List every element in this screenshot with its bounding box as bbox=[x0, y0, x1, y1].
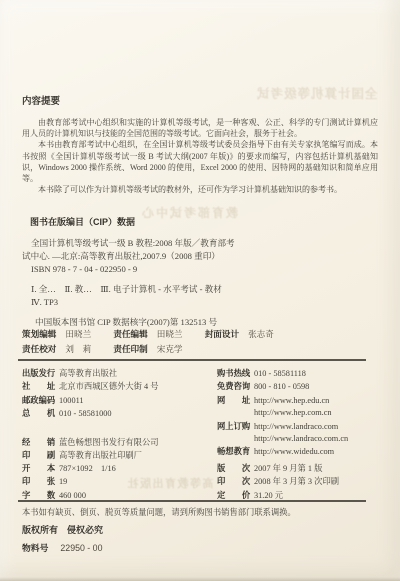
material-number-row: 物料号22950 - 00 bbox=[22, 541, 378, 554]
field-label: 印 张 bbox=[22, 475, 59, 487]
field-value: 高等教育出版社印刷厂 bbox=[59, 451, 142, 460]
field-label: 印 刷 bbox=[22, 449, 59, 461]
credits-row-2: 责任校对刘 莉 责任印制宋克学 bbox=[22, 342, 382, 357]
field-value: 800 - 810 - 0598 bbox=[254, 382, 309, 391]
summary-paragraph-2: 本书由教育部考试中心组织，在全国计算机等级考试委员会指导下由有关专家执笔编写而成… bbox=[22, 139, 378, 184]
credit-pair: 封面设计张志奇 bbox=[205, 329, 274, 339]
credit-pair: 责任校对刘 莉 bbox=[22, 344, 91, 354]
format-info-left-column: 开 本787×1092 1/16 印 张19 字 数460 000 bbox=[22, 462, 116, 502]
field-label: 出版发行 bbox=[22, 367, 59, 379]
field-value: 2008 年 3 月第 3 次印刷 bbox=[254, 477, 339, 486]
field-label: 免费咨询 bbox=[217, 380, 254, 392]
credit-pair: 责任印制宋克学 bbox=[113, 344, 182, 354]
field-value: 高等教育出版社 bbox=[59, 369, 117, 378]
publisher-url: http://www.widedu.com bbox=[254, 447, 334, 456]
credit-name: 刘 莉 bbox=[65, 344, 91, 354]
cip-publisher-line: 试中心. —北京:高等教育出版社,2007.9（2008 重印） bbox=[22, 250, 382, 263]
publisher-info-left-column: 出版发行高等教育出版社 社 址北京市西城区德外大街 4 号 邮政编码100011… bbox=[22, 367, 159, 462]
format-row: 印 次2008 年 3 月第 3 次印刷 bbox=[217, 475, 339, 488]
summary-paragraph-1: 由教育部考试中心组织和实施的计算机等级考试，是一种客观、公正、科学的专门测试计算… bbox=[22, 117, 378, 139]
field-label: 购书热线 bbox=[217, 367, 254, 379]
credits-section: 策划编辑田晓兰 责任编辑田晓兰 封面设计张志奇 责任校对刘 莉 责任印制宋克学 bbox=[22, 327, 382, 356]
field-label: 经 销 bbox=[22, 436, 59, 448]
field-label: 印 次 bbox=[217, 475, 254, 487]
publisher-url: http://www.landraco.com bbox=[254, 422, 338, 431]
field-value: 北京市西城区德外大街 4 号 bbox=[59, 382, 159, 391]
divider-rule-top bbox=[18, 359, 366, 361]
field-label: 网 址 bbox=[217, 394, 254, 406]
content-summary-heading: 内容提要 bbox=[22, 93, 378, 107]
footer-section: 本书如有缺页、倒页、脱页等质量问题，请到所购图书销售部门联系调换。 版权所有 侵… bbox=[22, 506, 378, 554]
credit-name: 田晓兰 bbox=[65, 329, 91, 339]
cip-class-code-line: Ⅳ. TP3 bbox=[22, 296, 382, 309]
field-label: 畅想教育 bbox=[217, 445, 254, 457]
publisher-row: 购书热线010 - 58581118 bbox=[217, 367, 348, 380]
content-summary-section: 内容提要 由教育部考试中心组织和实施的计算机等级考试，是一种客观、公正、科学的专… bbox=[22, 93, 378, 195]
price-value: 31.20 元 bbox=[254, 491, 283, 500]
field-value: 19 bbox=[59, 477, 67, 486]
credit-name: 田晓兰 bbox=[157, 329, 183, 339]
field-label: 邮政编码 bbox=[22, 394, 59, 406]
field-value: 2007 年 9 月第 1 版 bbox=[254, 464, 322, 473]
publisher-row: 免费咨询800 - 810 - 0598 bbox=[217, 380, 348, 393]
credit-label: 责任编辑 bbox=[113, 329, 147, 339]
publisher-row: http://www.landraco.com.cn bbox=[217, 433, 348, 445]
publisher-row: 网 址http://www.hep.edu.cn bbox=[217, 394, 348, 407]
publisher-row: http://www.hep.com.cn bbox=[217, 407, 348, 419]
summary-paragraph-3: 本书除了可以作为计算机等级考试的教材外，还可作为学习计算机基础知识的参考书。 bbox=[22, 184, 378, 195]
quality-notice: 本书如有缺页、倒页、脱页等质量问题，请到所购图书销售部门联系调换。 bbox=[22, 506, 378, 518]
credits-row-1: 策划编辑田晓兰 责任编辑田晓兰 封面设计张志奇 bbox=[22, 327, 382, 342]
field-label: 社 址 bbox=[22, 380, 59, 392]
divider-rule-bottom bbox=[18, 500, 366, 502]
format-info-right-column: 版 次2007 年 9 月第 1 版 印 次2008 年 3 月第 3 次印刷 … bbox=[217, 462, 339, 502]
cip-heading: 图书在版编目（CIP）数据 bbox=[22, 216, 382, 229]
credit-label: 责任校对 bbox=[22, 344, 56, 354]
copyright-statement: 版权所有 侵权必究 bbox=[22, 523, 378, 536]
credit-label: 策划编辑 bbox=[22, 329, 56, 339]
publisher-row: 出版发行高等教育出版社 bbox=[22, 367, 159, 380]
publisher-row: 邮政编码100011 bbox=[22, 394, 159, 407]
field-label: 网上订购 bbox=[217, 420, 254, 432]
field-value: 787×1092 1/16 bbox=[59, 464, 116, 473]
cip-title-line: 全国计算机等级考试一级 B 教程:2008 年版／教育部考 bbox=[22, 237, 382, 250]
publisher-row: 印 刷高等教育出版社印刷厂 bbox=[22, 449, 159, 462]
credit-pair: 责任编辑田晓兰 bbox=[113, 329, 182, 339]
field-value: 010 - 58581000 bbox=[59, 409, 112, 418]
format-row: 印 张19 bbox=[22, 475, 116, 488]
field-label: 开 本 bbox=[22, 462, 59, 474]
field-label: 总 机 bbox=[22, 407, 59, 419]
credit-label: 责任印制 bbox=[113, 344, 147, 354]
format-row: 版 次2007 年 9 月第 1 版 bbox=[217, 462, 339, 475]
showthrough-text-bottom: 高等教育出版社 bbox=[126, 475, 214, 491]
credit-label: 封面设计 bbox=[205, 329, 239, 339]
field-value: 010 - 58581118 bbox=[254, 369, 306, 378]
book-copyright-page: 全国计算机等级考试 教育部考试中心 高等教育出版社 内容提要 由教育部考试中心组… bbox=[0, 0, 400, 581]
publisher-row: 经 销蓝色畅想图书发行有限公司 bbox=[22, 436, 159, 449]
field-value: 100011 bbox=[59, 396, 84, 405]
publisher-row: 总 机010 - 58581000 bbox=[22, 407, 159, 420]
publisher-row: 网上订购http://www.landraco.com bbox=[217, 420, 348, 433]
material-number-label: 物料号 bbox=[22, 543, 48, 553]
field-value: 蓝色畅想图书发行有限公司 bbox=[59, 438, 159, 447]
publisher-url: http://www.landraco.com.cn bbox=[254, 434, 348, 443]
publisher-info-right-column: 购书热线010 - 58581118 免费咨询800 - 810 - 0598 … bbox=[217, 367, 348, 459]
isbn-line: ISBN 978 - 7 - 04 - 022950 - 9 bbox=[22, 263, 382, 276]
material-number-value: 22950 - 00 bbox=[60, 543, 102, 553]
cip-classification-line: Ⅰ. 全… Ⅱ. 教… Ⅲ. 电子计算机 - 水平考试 - 教材 bbox=[22, 283, 382, 296]
publisher-row: 畅想教育http://www.widedu.com bbox=[217, 445, 348, 458]
field-label: 版 次 bbox=[217, 462, 254, 474]
publisher-url: http://www.hep.edu.cn bbox=[254, 396, 329, 405]
publisher-row: 社 址北京市西城区德外大街 4 号 bbox=[22, 380, 159, 393]
publisher-url: http://www.hep.com.cn bbox=[254, 408, 332, 417]
credit-pair: 策划编辑田晓兰 bbox=[22, 329, 91, 339]
credit-name: 张志奇 bbox=[248, 329, 274, 339]
format-row: 开 本787×1092 1/16 bbox=[22, 462, 116, 475]
column-spacer bbox=[22, 421, 159, 436]
cip-data-section: 图书在版编目（CIP）数据 全国计算机等级考试一级 B 教程:2008 年版／教… bbox=[22, 216, 382, 329]
field-value: 460 000 bbox=[59, 491, 86, 500]
credit-name: 宋克学 bbox=[157, 344, 183, 354]
